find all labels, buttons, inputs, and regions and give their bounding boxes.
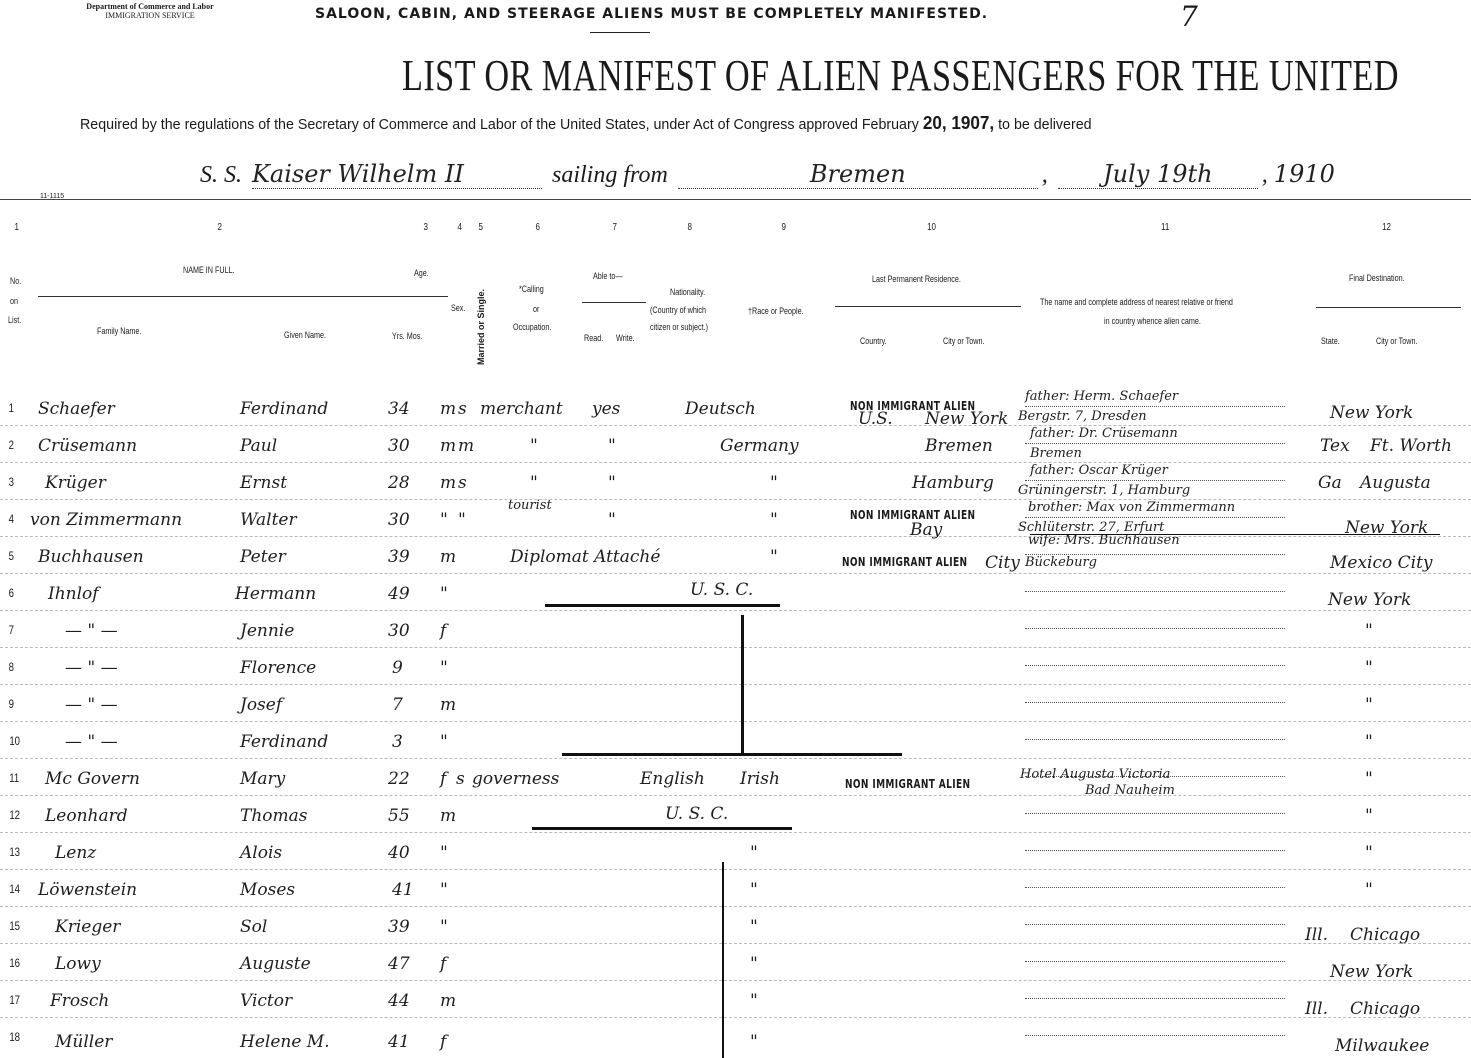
col-no-label-3: List.: [8, 315, 21, 325]
col-number-12: 12: [1382, 222, 1391, 233]
nationality: ": [770, 473, 778, 493]
row-rule: [0, 610, 1471, 611]
able-to-read: ": [608, 436, 616, 456]
passenger-row: 4 von Zimmermann Walter 30 " " tourist "…: [0, 504, 1471, 541]
row-rule: [0, 536, 1471, 537]
race: ": [750, 843, 758, 863]
residence-city: Bremen: [925, 436, 993, 456]
relative-line-1: father: Oscar Krüger: [1030, 463, 1168, 478]
sex: m: [440, 473, 456, 493]
sex: f: [440, 769, 446, 789]
non-immigrant-stamp: NON IMMIGRANT ALIEN: [845, 777, 970, 791]
list-number: 17: [9, 993, 20, 1007]
list-number: 2: [9, 438, 14, 452]
given-name: Florence: [240, 658, 316, 678]
regulation-line: Required by the regulations of the Secre…: [80, 113, 1092, 134]
col-number-6: 6: [536, 222, 540, 233]
list-number: 8: [9, 660, 14, 674]
col-state: State.: [1321, 336, 1340, 346]
passenger-row: 10 — " — Ferdinand 3 " ": [0, 726, 1471, 763]
residence-city: Hamburg: [912, 473, 994, 493]
age: 40: [388, 843, 410, 863]
manifest-banner: SALOON, CABIN, AND STEERAGE ALIENS MUST …: [315, 6, 988, 22]
passenger-row: 11 Mc Govern Mary 22 f s governess Engli…: [0, 763, 1471, 800]
residence-city: Bay: [910, 520, 942, 540]
race: ": [750, 991, 758, 1011]
destination-city: New York: [1330, 962, 1413, 982]
col-able-to: Able to—: [593, 271, 623, 281]
passenger-row: 9 — " — Josef 7 m ": [0, 689, 1471, 726]
col-sex: Sex.: [451, 303, 465, 313]
row-rule: [0, 462, 1471, 463]
list-number: 10: [9, 734, 20, 748]
department-name: Department of Commerce and Labor: [70, 2, 230, 11]
col-final-destination: Final Destination.: [1349, 273, 1405, 283]
group-annotation: U. S. C.: [690, 580, 753, 600]
list-number: 1: [9, 401, 14, 415]
row-rule: [0, 1017, 1471, 1018]
list-number: 6: [9, 586, 14, 600]
destination-city: ": [1365, 769, 1373, 789]
age: 22: [388, 769, 410, 789]
passenger-row: 5 Buchhausen Peter 39 m Diplomat Attaché…: [0, 541, 1471, 578]
passenger-row: 15 Krieger Sol 39 " " Ill. Chicago: [0, 911, 1471, 948]
given-name: Moses: [240, 880, 295, 900]
row-rule: [0, 647, 1471, 648]
destination-state: Ga: [1318, 473, 1342, 493]
col-number-11: 11: [1161, 222, 1169, 233]
marital-status: ": [458, 510, 466, 530]
relative-line-2: Bückeburg: [1025, 555, 1097, 570]
list-number: 12: [9, 808, 20, 822]
list-number: 9: [9, 697, 14, 711]
col-nationality-2: (Country of which: [650, 305, 706, 315]
occupation: ": [530, 436, 538, 456]
passenger-row: 17 Frosch Victor 44 m " Ill. Chicago: [0, 985, 1471, 1022]
row-rule: [0, 758, 1471, 759]
destination-city: Milwaukee: [1335, 1036, 1429, 1056]
destination-city: Augusta: [1360, 473, 1431, 493]
col-nationality-3: citizen or subject.): [650, 322, 708, 332]
age: 39: [388, 917, 410, 937]
given-name: Helene M.: [240, 1032, 330, 1052]
given-name: Hermann: [235, 584, 316, 604]
list-number: 7: [9, 623, 14, 637]
nationality: Deutsch: [685, 399, 756, 419]
relative-line-1: father: Dr. Crüsemann: [1030, 426, 1178, 441]
sex: f: [440, 621, 446, 641]
row-rule: [0, 684, 1471, 685]
race: ": [750, 880, 758, 900]
sex: m: [440, 547, 456, 567]
destination-city: ": [1365, 732, 1373, 752]
departure-date: July 19th: [1058, 160, 1258, 189]
group-bracket-line: [741, 615, 744, 755]
group-bracket-line: [722, 862, 724, 1058]
race: ": [770, 547, 778, 567]
occupation: ": [530, 473, 538, 493]
race: ": [750, 917, 758, 937]
passenger-row: 2 Crüsemann Paul 30 m m " " Germany Brem…: [0, 430, 1471, 467]
regulation-text: Required by the regulations of the Secre…: [80, 116, 919, 133]
list-number: 13: [9, 845, 20, 859]
family-name: — " —: [65, 695, 118, 715]
family-name: Mc Govern: [45, 769, 140, 789]
race: ": [750, 1032, 758, 1052]
destination-city: ": [1365, 843, 1373, 863]
list-number: 11: [9, 771, 19, 785]
col-number-10: 10: [927, 222, 936, 233]
residence-city: City: [985, 553, 1020, 573]
relative-line-1: wife: Mrs. Buchhausen: [1028, 533, 1180, 548]
col-number-2: 2: [218, 222, 222, 233]
family-name: Schaefer: [38, 399, 115, 419]
destination-city: Chicago: [1350, 999, 1420, 1019]
family-name: von Zimmermann: [30, 510, 182, 530]
sex: m: [440, 806, 456, 826]
destination-state: Ill.: [1305, 925, 1328, 945]
passenger-row: 18 Müller Helene M. 41 f " Milwaukee: [0, 1022, 1471, 1058]
destination-city: ": [1365, 695, 1373, 715]
family-name: — " —: [65, 621, 118, 641]
passenger-row: 14 Löwenstein Moses 41 " " ": [0, 874, 1471, 911]
age: 3: [392, 732, 403, 752]
relative-line-1: father: Herm. Schaefer: [1025, 389, 1178, 404]
voyage-line: S. S. Kaiser Wilhelm II sailing from Bre…: [200, 160, 1335, 189]
sex: m: [440, 991, 456, 1011]
sex: m: [440, 399, 456, 419]
age: 47: [388, 954, 410, 974]
ship-name: Kaiser Wilhelm II: [252, 160, 542, 189]
age: 30: [388, 436, 410, 456]
relative-line-2: Bergstr. 7, Dresden: [1018, 409, 1147, 424]
occupation: tourist: [508, 498, 552, 513]
service-name: IMMIGRATION SERVICE: [70, 11, 230, 20]
regulation-date: 20, 1907,: [923, 113, 994, 133]
family-name: — " —: [65, 732, 118, 752]
destination-city: ": [1365, 806, 1373, 826]
group-strike-line: [562, 753, 902, 756]
destination-city: ": [1365, 880, 1373, 900]
given-name: Auguste: [240, 954, 311, 974]
destination-city: New York: [1330, 403, 1413, 423]
issuing-department: Department of Commerce and Labor IMMIGRA…: [70, 2, 230, 20]
col-family-name: Family Name.: [97, 326, 141, 336]
age: 44: [388, 991, 410, 1011]
ss-label: S. S.: [200, 162, 242, 188]
passenger-row: 6 Ihnlof Hermann 49 " U. S. C. New York: [0, 578, 1471, 615]
row-rule: [0, 943, 1471, 944]
given-name: Walter: [240, 510, 297, 530]
sex: m: [440, 695, 456, 715]
family-name: Buchhausen: [38, 547, 144, 567]
residence-rule: [835, 306, 1021, 307]
page-mark: 7: [1180, 0, 1198, 33]
col-last-residence: Last Permanent Residence.: [872, 274, 961, 284]
race: Irish: [740, 769, 780, 789]
age: 7: [392, 695, 403, 715]
sex: f: [440, 954, 446, 974]
occupation: merchant: [480, 399, 563, 419]
age: 55: [388, 806, 410, 826]
row-rule: [0, 980, 1471, 981]
age: 30: [388, 621, 410, 641]
destination-state: Ill.: [1305, 999, 1328, 1019]
col-number-1: 1: [15, 222, 19, 233]
given-name: Jennie: [240, 621, 294, 641]
family-name: — " —: [65, 658, 118, 678]
marital-status: s: [456, 769, 465, 789]
col-no-label-2: on: [10, 296, 18, 306]
destination-city: New York: [1345, 518, 1428, 538]
marital-status: s: [458, 399, 467, 419]
col-city-town: City or Town.: [943, 336, 984, 346]
given-name: Mary: [240, 769, 285, 789]
race: ": [770, 510, 778, 530]
age: 28: [388, 473, 410, 493]
nationality: Germany: [720, 436, 799, 456]
age: 39: [388, 547, 410, 567]
age: 30: [388, 510, 410, 530]
sex: f: [440, 1032, 446, 1052]
passenger-row: 7 — " — Jennie 30 f ": [0, 615, 1471, 652]
row-rule: [0, 906, 1471, 907]
able-rule: [582, 302, 646, 303]
family-name: Leonhard: [45, 806, 128, 826]
able-to-read: ": [608, 473, 616, 493]
given-name: Paul: [240, 436, 277, 456]
banner-rule: [590, 32, 650, 33]
page-title: LIST OR MANIFEST OF ALIEN PASSENGERS FOR…: [402, 50, 1399, 101]
family-name: Frosch: [50, 991, 109, 1011]
residence-city: New York: [925, 409, 1008, 429]
family-name: Löwenstein: [38, 880, 137, 900]
sex: ": [440, 880, 448, 900]
given-name: Ferdinand: [240, 732, 328, 752]
family-name: Ihnlof: [48, 584, 99, 604]
age: 34: [388, 399, 410, 419]
col-number-7: 7: [613, 222, 617, 233]
col-name-in-full: NAME IN FULL.: [183, 265, 235, 275]
destination-city: Chicago: [1350, 925, 1420, 945]
col-no-label-1: No.: [10, 276, 21, 286]
sex: ": [440, 584, 448, 604]
col-relative-1: The name and complete address of nearest…: [1040, 297, 1233, 307]
residence-country: U.S.: [858, 409, 893, 429]
given-name: Peter: [240, 547, 286, 567]
row-strike-line: [1030, 534, 1440, 535]
name-rule: [38, 296, 448, 297]
col-given-name: Given Name.: [284, 330, 326, 340]
given-name: Victor: [240, 991, 292, 1011]
family-name: Lowy: [55, 954, 101, 974]
sex: ": [440, 917, 448, 937]
col-read: Read.: [584, 333, 603, 343]
destination-city: Mexico City: [1330, 553, 1433, 573]
sex: ": [440, 510, 448, 530]
col-number-5: 5: [479, 222, 483, 233]
passenger-row: 1 Schaefer Ferdinand 34 m s merchant yes…: [0, 393, 1471, 430]
destination-rule: [1316, 307, 1461, 308]
sex: m: [440, 436, 456, 456]
list-number: 4: [9, 512, 14, 526]
row-rule: [0, 832, 1471, 833]
list-number: 5: [9, 549, 14, 563]
marital-status: m: [458, 436, 474, 456]
given-name: Ferdinand: [240, 399, 328, 419]
destination-city: New York: [1328, 590, 1411, 610]
destination-city: Ft. Worth: [1370, 436, 1452, 456]
sex: ": [440, 658, 448, 678]
header-rule: [0, 199, 1471, 200]
row-rule: [0, 795, 1471, 796]
sailing-label: sailing from: [552, 162, 668, 188]
col-write: Write.: [616, 333, 635, 343]
row-rule: [0, 573, 1471, 574]
passenger-row: 3 Krüger Ernst 28 m s " " " Hamburg fath…: [0, 467, 1471, 504]
row-rule: [0, 721, 1471, 722]
col-country: Country.: [860, 336, 887, 346]
passenger-row: 13 Lenz Alois 40 " " ": [0, 837, 1471, 874]
race: ": [750, 954, 758, 974]
row-rule: [0, 869, 1471, 870]
col-calling-1: *Calling: [519, 284, 544, 294]
destination-state: Tex: [1320, 436, 1350, 456]
destination-city: ": [1365, 621, 1373, 641]
age: 41: [392, 880, 414, 900]
regulation-tail: to be delivered: [998, 116, 1091, 133]
able-to-read: yes: [592, 399, 620, 419]
family-name: Lenz: [55, 843, 96, 863]
col-dest-city: City or Town.: [1376, 336, 1417, 346]
family-name: Müller: [55, 1032, 112, 1052]
row-rule: [0, 499, 1471, 500]
col-married-single: Married or Single.: [476, 280, 486, 365]
departure-year: 1910: [1274, 160, 1335, 188]
col-calling-2: or: [533, 304, 539, 314]
col-age: Age.: [414, 268, 429, 278]
passenger-row: 12 Leonhard Thomas 55 m U. S. C. ": [0, 800, 1471, 837]
family-name: Krüger: [45, 473, 106, 493]
able-to-read: ": [608, 510, 616, 530]
given-name: Alois: [240, 843, 282, 863]
given-name: Thomas: [240, 806, 308, 826]
given-name: Ernst: [240, 473, 287, 493]
given-name: Sol: [240, 917, 267, 937]
relative-line-2: Grüningerstr. 1, Hamburg: [1018, 483, 1190, 498]
age: 41: [388, 1032, 410, 1052]
list-number: 16: [9, 956, 20, 970]
destination-city: ": [1365, 658, 1373, 678]
col-number-9: 9: [782, 222, 786, 233]
nationality: English: [640, 769, 705, 789]
col-number-4: 4: [458, 222, 462, 233]
col-relative-2: in country whence alien came.: [1104, 316, 1201, 326]
given-name: Josef: [240, 695, 282, 715]
sex: ": [440, 732, 448, 752]
occupation: governess: [472, 769, 559, 789]
departure-port: Bremen: [678, 160, 1038, 189]
age: 49: [388, 584, 410, 604]
relative-line-1: brother: Max von Zimmermann: [1028, 500, 1235, 515]
family-name: Krieger: [55, 917, 120, 937]
col-calling-3: Occupation.: [513, 322, 551, 332]
relative-line-1: Hotel Augusta Victoria: [1020, 767, 1170, 782]
list-number: 15: [9, 919, 20, 933]
group-strike-line: [545, 604, 780, 607]
list-number: 18: [9, 1030, 20, 1044]
marital-status: s: [458, 473, 467, 493]
non-immigrant-stamp: NON IMMIGRANT ALIEN: [842, 555, 967, 569]
col-yrs-mos: Yrs. Mos.: [392, 331, 422, 341]
list-number: 14: [9, 882, 20, 896]
col-race: †Race or People.: [748, 306, 804, 316]
passenger-row: 16 Lowy Auguste 47 f " New York: [0, 948, 1471, 985]
row-rule: [0, 425, 1471, 426]
group-annotation: U. S. C.: [665, 804, 728, 824]
relative-line-2: Bremen: [1030, 446, 1082, 461]
col-nationality-1: Nationality.: [670, 287, 705, 297]
sex: ": [440, 843, 448, 863]
age: 9: [392, 658, 403, 678]
col-number-8: 8: [688, 222, 692, 233]
list-number: 3: [9, 475, 14, 489]
group-strike-line: [532, 827, 792, 830]
passenger-row: 8 — " — Florence 9 " ": [0, 652, 1471, 689]
family-name: Crüsemann: [38, 436, 137, 456]
occupation: Diplomat Attaché: [510, 547, 660, 567]
col-number-3: 3: [424, 222, 428, 233]
